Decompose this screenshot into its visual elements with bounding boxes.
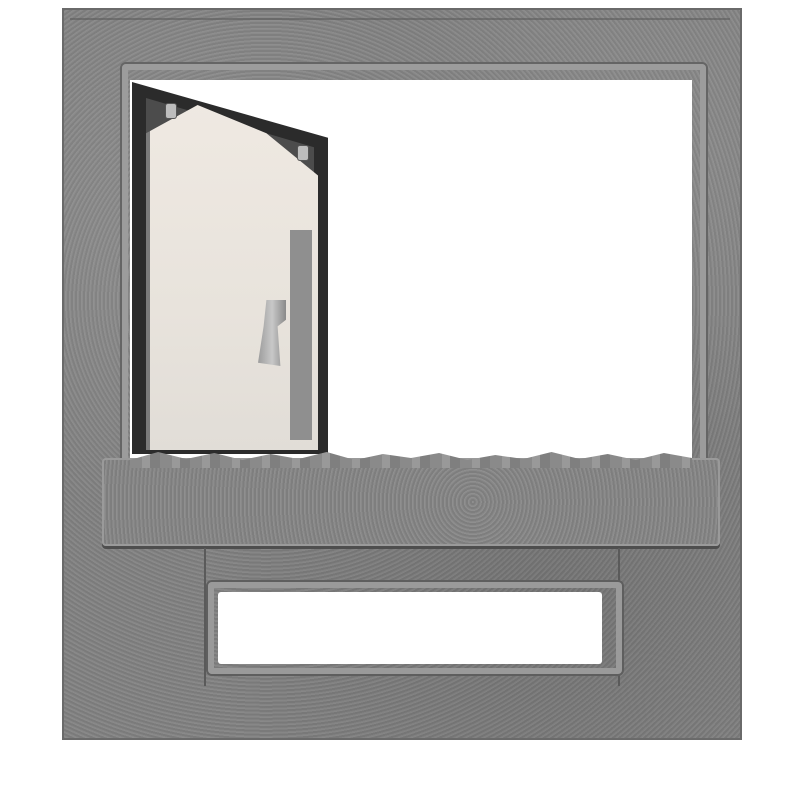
top-groove <box>70 18 730 20</box>
door-reflection <box>290 230 312 440</box>
glass-clip-icon <box>298 146 308 160</box>
lower-opening <box>218 592 602 664</box>
glass-clip-icon <box>166 104 176 118</box>
shelf-ledge <box>102 458 720 546</box>
